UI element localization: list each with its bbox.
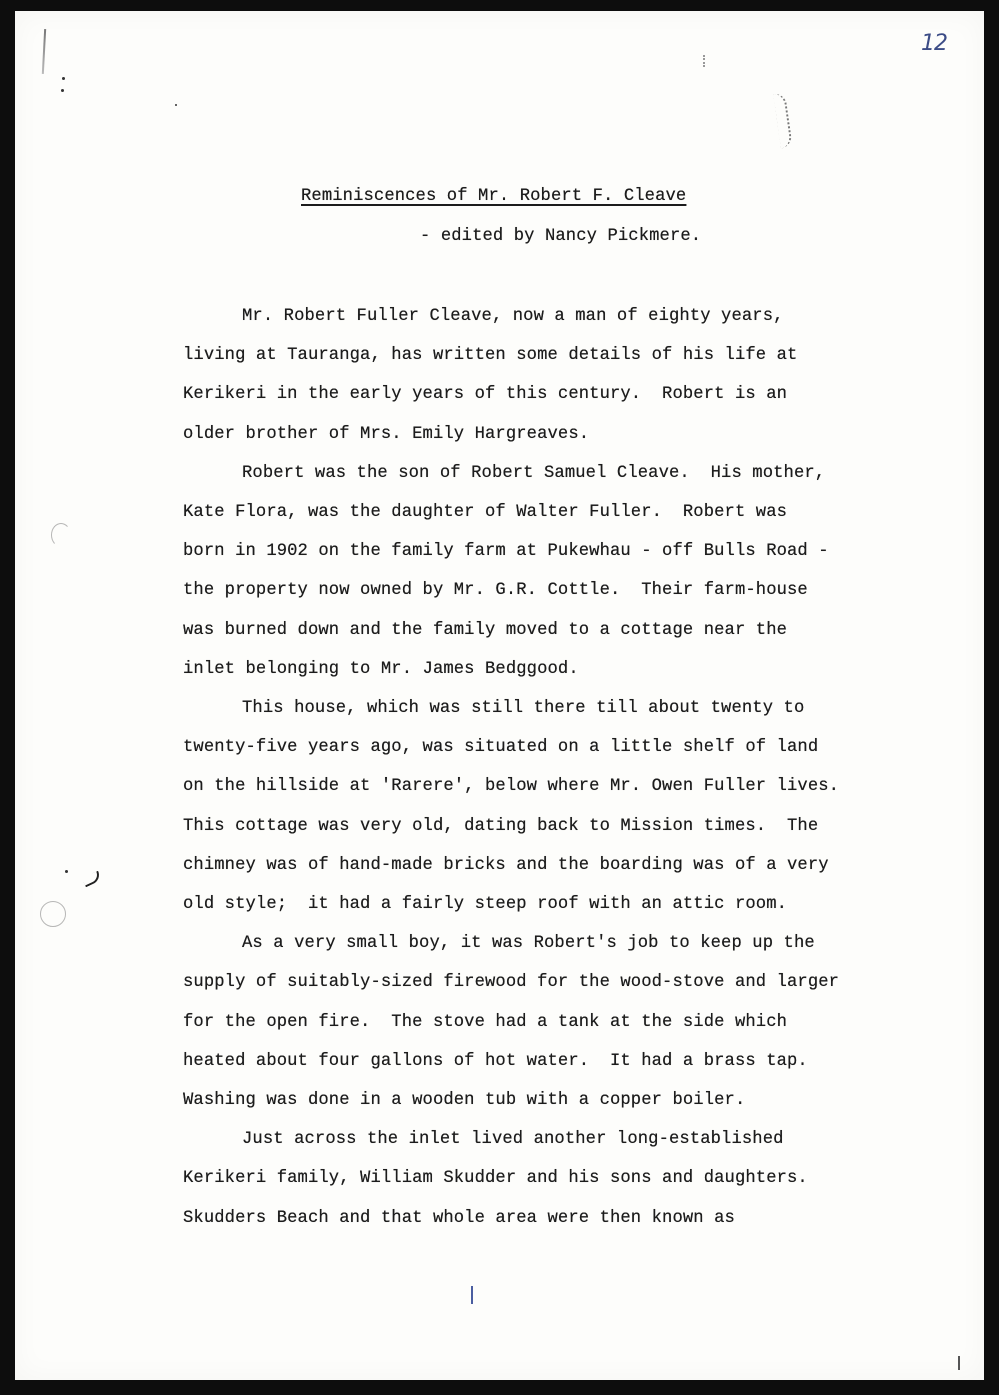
text-line: born in 1902 on the family farm at Pukew… xyxy=(183,542,829,561)
text-line: Robert was the son of Robert Samuel Clea… xyxy=(242,464,825,483)
ink-speck xyxy=(175,104,177,106)
ink-mark xyxy=(82,871,103,888)
text-line: chimney was of hand-made bricks and the … xyxy=(183,856,829,875)
ink-speck xyxy=(61,89,64,92)
text-line: Just across the inlet lived another long… xyxy=(242,1130,784,1149)
text-line: Mr. Robert Fuller Cleave, now a man of e… xyxy=(242,307,784,326)
handwritten-page-number: 12 xyxy=(921,31,947,56)
text-line: supply of suitably-sized firewood for th… xyxy=(183,973,839,992)
text-line: Skudders Beach and that whole area were … xyxy=(183,1209,735,1228)
document-title: Reminiscences of Mr. Robert F. Cleave xyxy=(301,187,686,206)
ink-speck xyxy=(62,77,65,80)
text-line: As a very small boy, it was Robert's job… xyxy=(242,934,815,953)
text-line: old style; it had a fairly steep roof wi… xyxy=(183,895,787,914)
blue-pen-mark xyxy=(471,1286,473,1304)
text-line: older brother of Mrs. Emily Hargreaves. xyxy=(183,425,589,444)
text-line: inlet belonging to Mr. James Bedggood. xyxy=(183,660,579,679)
text-line: heated about four gallons of hot water. … xyxy=(183,1052,808,1071)
text-line: twenty-five years ago, was situated on a… xyxy=(183,738,818,757)
text-line: This cottage was very old, dating back t… xyxy=(183,817,818,836)
text-line: Washing was done in a wooden tub with a … xyxy=(183,1091,745,1110)
ink-speck xyxy=(65,870,68,873)
text-line: living at Tauranga, has written some det… xyxy=(183,346,797,365)
text-line: on the hillside at 'Rarere', below where… xyxy=(183,777,839,796)
pencil-mark xyxy=(958,1356,960,1370)
scan-speck xyxy=(773,92,793,148)
text-line: was burned down and the family moved to … xyxy=(183,621,787,640)
text-line: Kerikeri family, William Skudder and his… xyxy=(183,1169,808,1188)
text-line: Kate Flora, was the daughter of Walter F… xyxy=(183,503,787,522)
text-line: Kerikeri in the early years of this cent… xyxy=(183,385,787,404)
text-line: the property now owned by Mr. G.R. Cottl… xyxy=(183,581,808,600)
document-subtitle: - edited by Nancy Pickmere. xyxy=(420,227,701,246)
punch-hole-mark xyxy=(40,901,66,927)
scan-speck xyxy=(703,55,711,67)
text-line: This house, which was still there till a… xyxy=(242,699,804,718)
pencil-mark xyxy=(42,29,46,74)
punch-hole-mark xyxy=(51,523,71,547)
document-page: 12 Reminiscences of Mr. Robert F. Cleave… xyxy=(15,11,984,1380)
text-line: for the open fire. The stove had a tank … xyxy=(183,1013,787,1032)
